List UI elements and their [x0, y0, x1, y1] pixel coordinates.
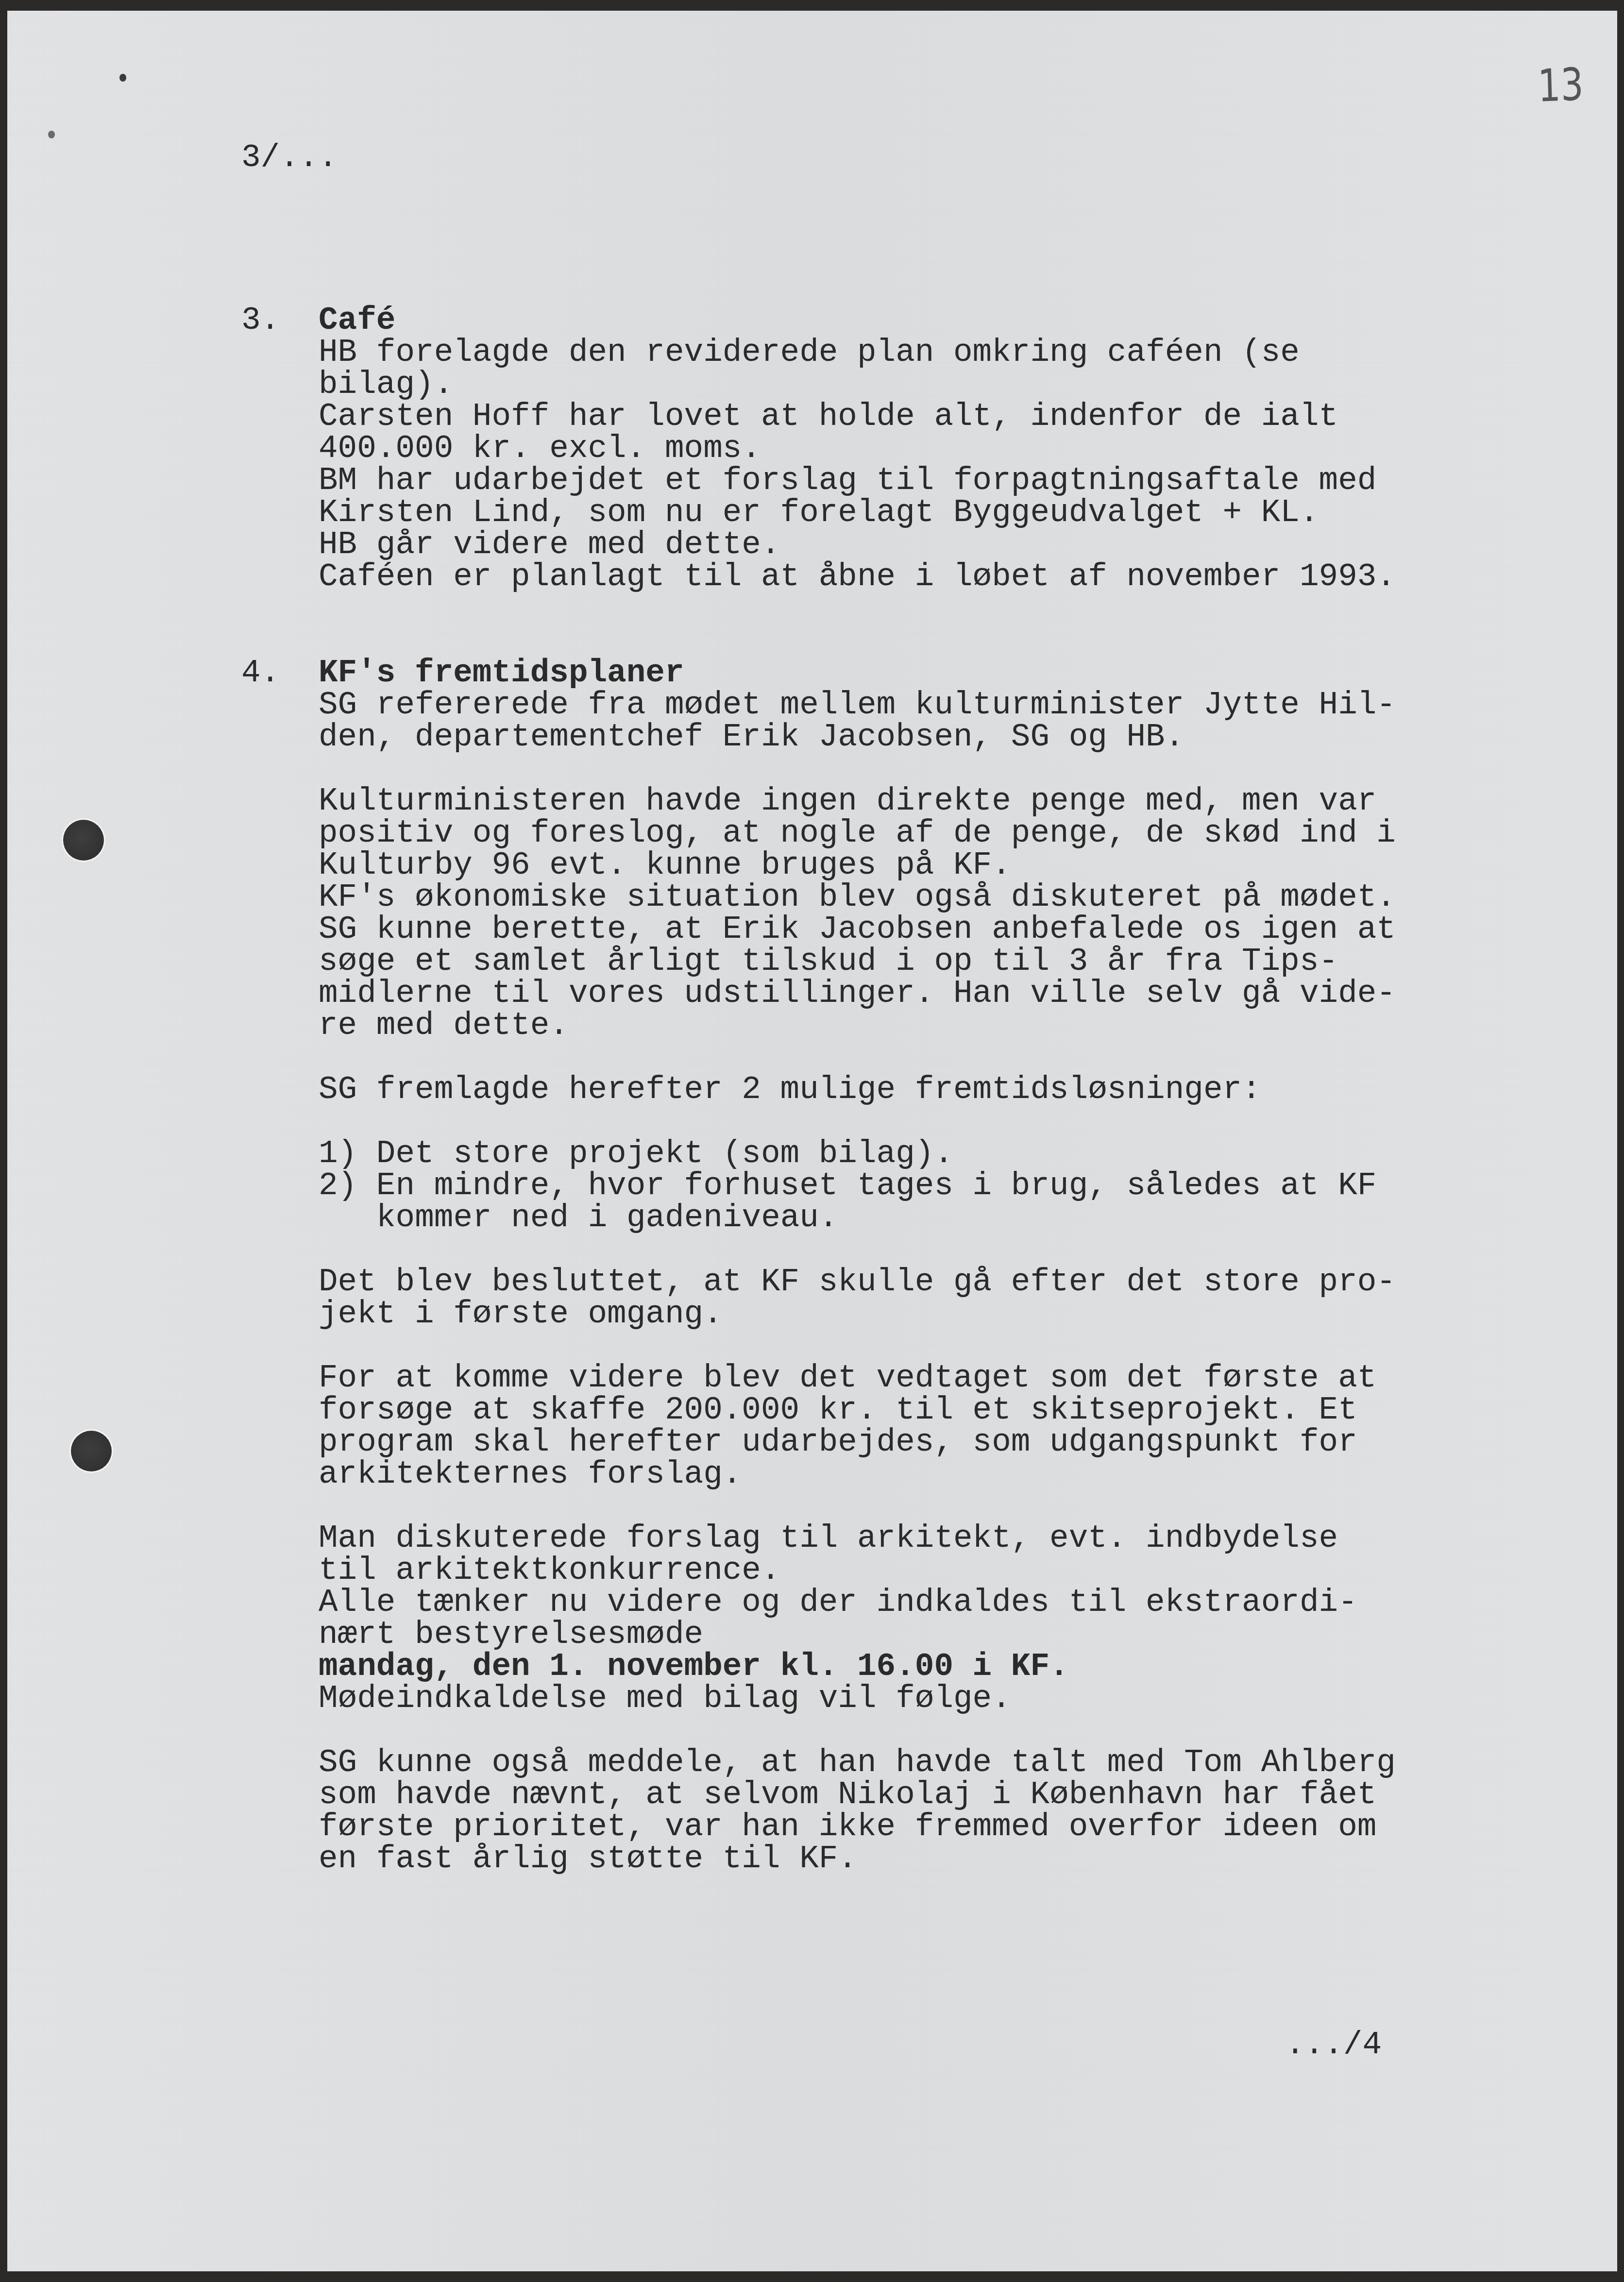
line-text: forsøge at skaffe 200.000 kr. til et ski…: [319, 1394, 1357, 1426]
staple-hole-mark: [48, 131, 55, 138]
line-text: kommer ned i gadeniveau.: [376, 1202, 838, 1234]
line-text: SG refererede fra mødet mellem kulturmin…: [319, 689, 1396, 721]
line-text: KF's økonomiske situation blev også disk…: [319, 881, 1396, 913]
header-continuation: 3/...: [241, 142, 338, 174]
line-text: Carsten Hoff har lovet at holde alt, ind…: [319, 401, 1338, 433]
line-text: Det blev besluttet, at KF skulle gå efte…: [319, 1266, 1396, 1298]
line-text: en fast årlig støtte til KF.: [319, 1843, 857, 1875]
line-text: til arkitektkonkurrence.: [319, 1555, 780, 1587]
section-title: KF's fremtidsplaner: [319, 657, 684, 689]
line-text: midlerne til vores udstillinger. Han vil…: [319, 978, 1396, 1010]
punch-hole: [63, 820, 104, 861]
line-text: jekt i første omgang.: [319, 1298, 723, 1330]
line-text: nært bestyrelsesmøde: [319, 1619, 703, 1651]
line-text: HB går videre med dette.: [319, 529, 780, 561]
line-text: BM har udarbejdet et forslag til forpagt…: [319, 465, 1376, 497]
line-text: re med dette.: [319, 1010, 569, 1042]
line-text: 400.000 kr. excl. moms.: [319, 433, 761, 465]
line-text: For at komme videre blev det vedtaget so…: [319, 1362, 1376, 1394]
line-text: Caféen er planlagt til at åbne i løbet a…: [319, 561, 1396, 593]
line-text: 2) En mindre, hvor forhuset tages i brug…: [319, 1170, 1376, 1202]
line-text: mandag, den 1. november kl. 16.00 i KF.: [319, 1651, 1069, 1683]
line-text: positiv og foreslog, at nogle af de peng…: [319, 817, 1396, 849]
line-text: Kulturministeren havde ingen direkte pen…: [319, 785, 1376, 817]
section-number: 4.: [241, 657, 280, 689]
document-page: 13 3/... 3.CaféHB forelagde den revidere…: [7, 11, 1617, 2271]
line-text: første prioritet, var han ikke fremmed o…: [319, 1811, 1376, 1843]
line-text: Man diskuterede forslag til arkitekt, ev…: [319, 1522, 1338, 1555]
line-text: bilag).: [319, 369, 453, 401]
line-text: program skal herefter udarbejdes, som ud…: [319, 1426, 1357, 1458]
line-text: arkitekternes forslag.: [319, 1458, 742, 1490]
section-title: Café: [319, 304, 395, 337]
line-text: SG fremlagde herefter 2 mulige fremtidsl…: [319, 1074, 1261, 1106]
line-text: som havde nævnt, at selvom Nikolaj i Køb…: [319, 1779, 1376, 1811]
line-text: 1) Det store projekt (som bilag).: [319, 1138, 953, 1170]
staple-hole-mark: [119, 74, 126, 82]
line-text: Mødeindkaldelse med bilag vil følge.: [319, 1683, 1011, 1715]
punch-hole: [71, 1431, 112, 1471]
line-text: HB forelagde den reviderede plan omkring…: [319, 337, 1300, 369]
line-text: SG kunne også meddele, at han havde talt…: [319, 1747, 1396, 1779]
line-text: den, departementchef Erik Jacobsen, SG o…: [319, 721, 1184, 753]
line-text: Kulturby 96 evt. kunne bruges på KF.: [319, 849, 1011, 881]
handwritten-page-number: 13: [1537, 58, 1584, 112]
line-text: Alle tænker nu videre og der indkaldes t…: [319, 1587, 1357, 1619]
line-text: Kirsten Lind, som nu er forelagt Byggeud…: [319, 497, 1319, 529]
section-number: 3.: [241, 304, 280, 337]
line-text: SG kunne berette, at Erik Jacobsen anbef…: [319, 913, 1396, 946]
line-text: søge et samlet årligt tilskud i op til 3…: [319, 946, 1338, 978]
footer-continuation: .../4: [1286, 2029, 1382, 2061]
